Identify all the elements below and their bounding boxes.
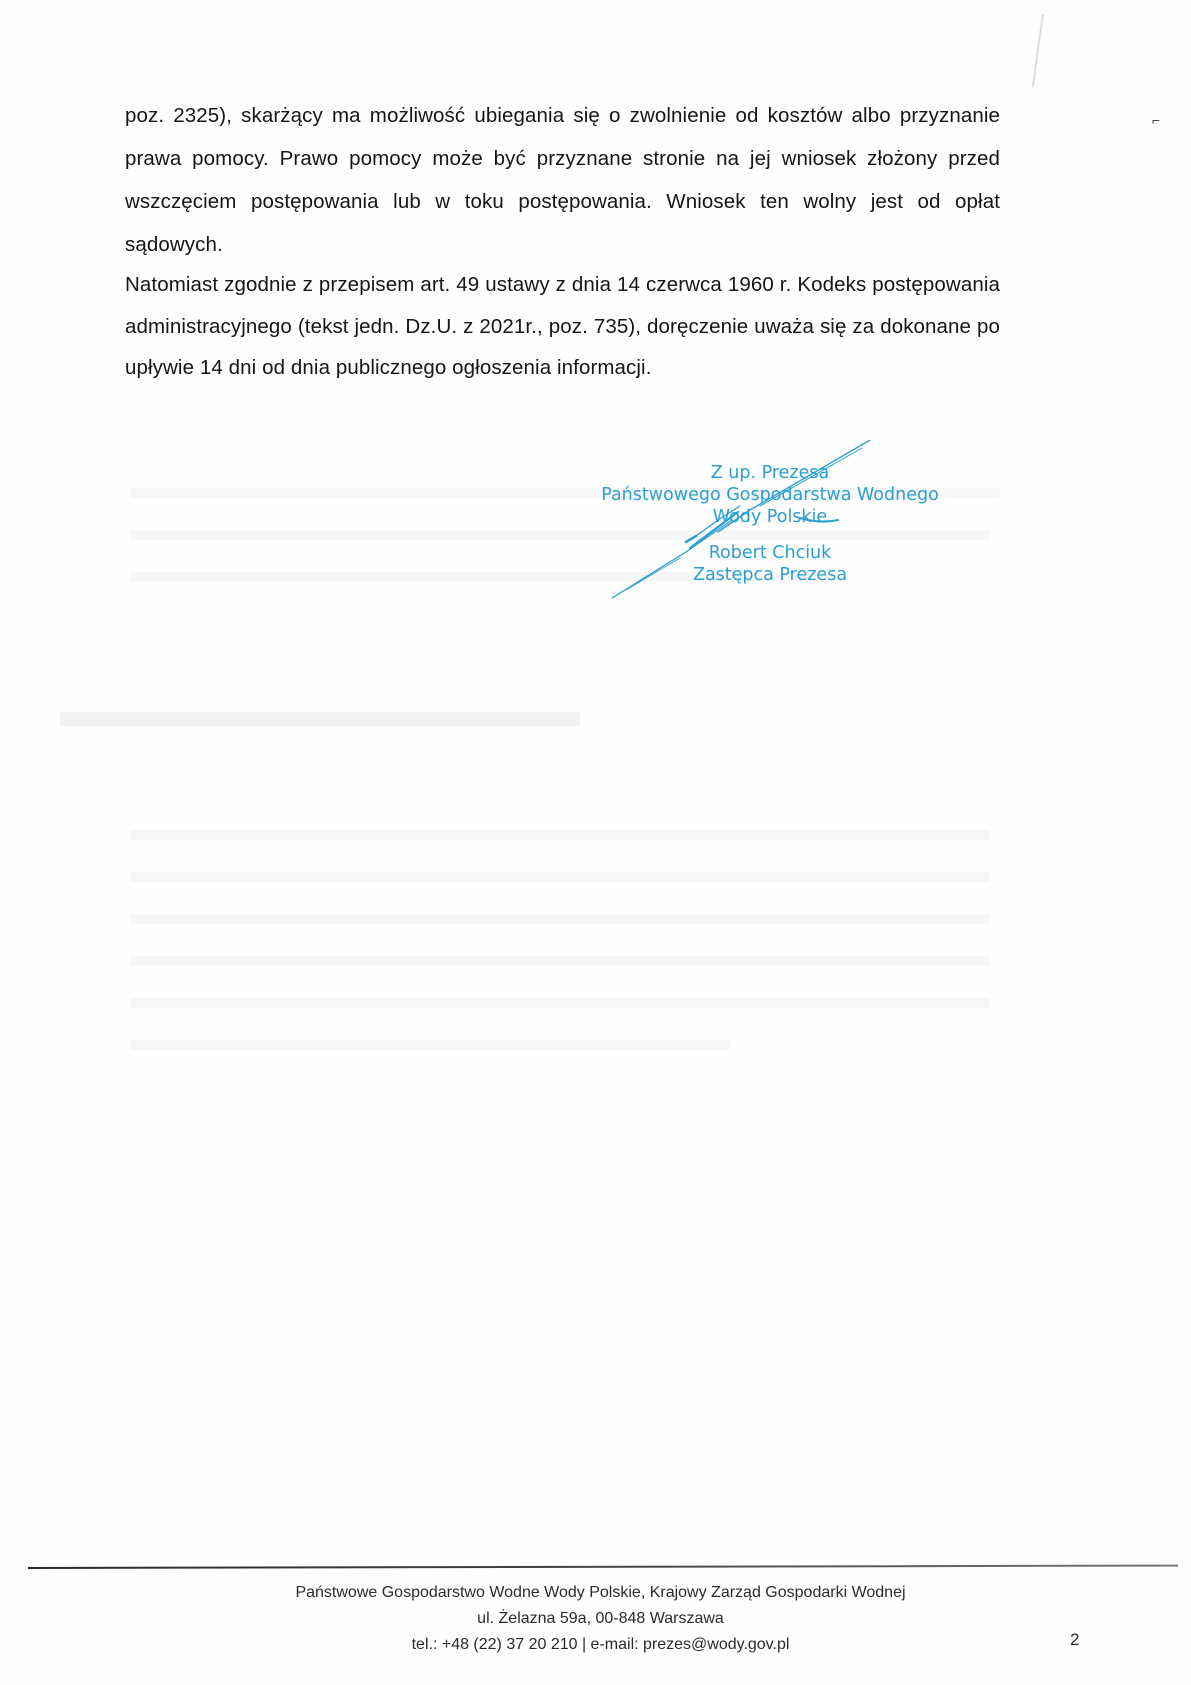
bleed-through-band <box>130 830 990 840</box>
footer: Państwowe Gospodarstwo Wodne Wody Polski… <box>0 1580 1191 1658</box>
signature-name: Robert Chciuk <box>600 542 940 564</box>
bleed-through-band <box>130 1040 730 1050</box>
footer-address: ul. Żelazna 59a, 00-848 Warszawa <box>10 1606 1191 1632</box>
signature-position: Zastępca Prezesa <box>600 564 940 586</box>
bleed-through-band <box>60 712 580 726</box>
footer-divider <box>28 1565 1178 1569</box>
scan-stroke-mark <box>1032 14 1044 88</box>
footer-contact: tel.: +48 (22) 37 20 210 | e-mail: preze… <box>10 1632 1191 1658</box>
signature-on-behalf: Z up. Prezesa <box>600 462 940 484</box>
paragraph-delivery-notice: Natomiast zgodnie z przepisem art. 49 us… <box>125 264 1000 389</box>
body-text: poz. 2325), skarżący ma możliwość ubiega… <box>125 94 1000 389</box>
bleed-through-band <box>130 956 990 966</box>
footer-organization: Państwowe Gospodarstwo Wodne Wody Polski… <box>10 1580 1191 1606</box>
signature-block: Z up. Prezesa Państwowego Gospodarstwa W… <box>600 462 940 586</box>
bleed-through-band <box>130 914 990 924</box>
corner-mark: ⌐ <box>1152 112 1160 128</box>
document-page: ⌐ poz. 2325), skarżący ma możliwość ubie… <box>0 0 1191 1685</box>
page-number: 2 <box>1070 1630 1079 1650</box>
signature-organization-line1: Państwowego Gospodarstwa Wodnego <box>600 484 940 506</box>
bleed-through-band <box>130 872 990 882</box>
signature-organization-line2: Wody Polskie <box>600 506 940 528</box>
bleed-through-band <box>130 998 990 1008</box>
paragraph-legal-aid: poz. 2325), skarżący ma możliwość ubiega… <box>125 94 1000 266</box>
